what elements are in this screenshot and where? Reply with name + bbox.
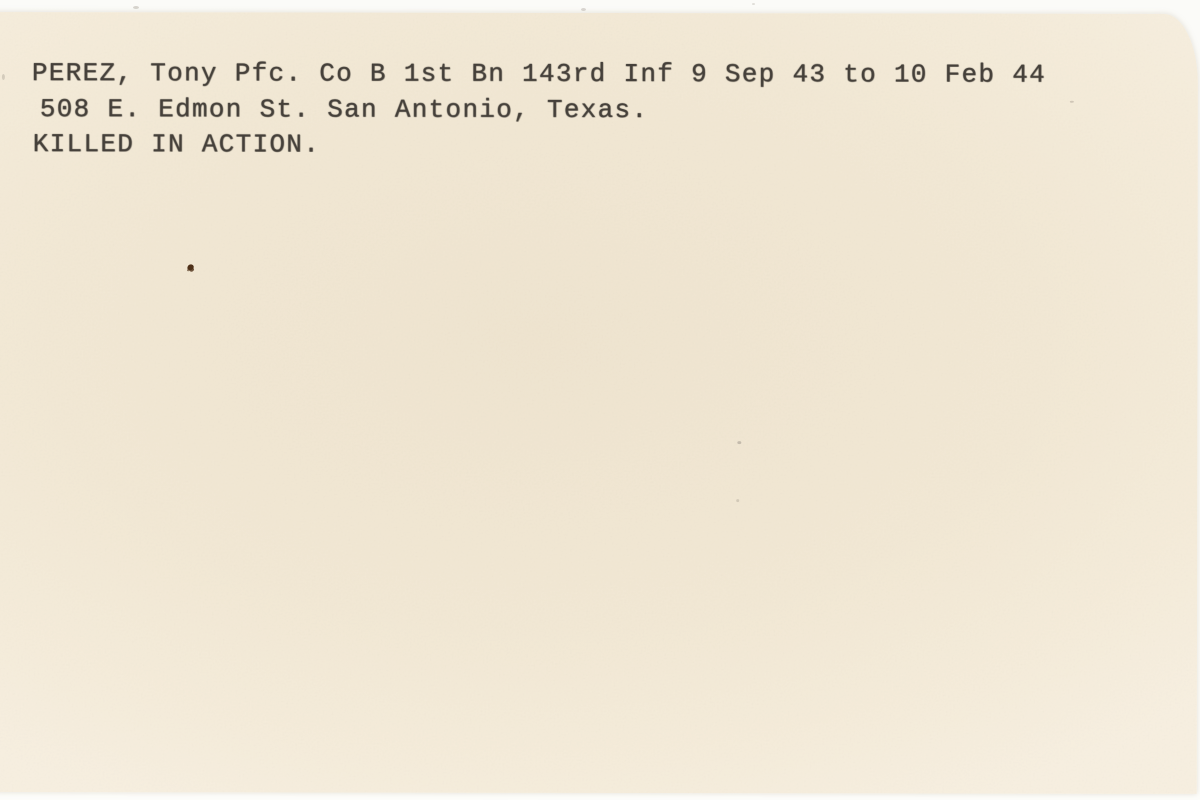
scan-speck (133, 6, 139, 9)
typed-line-address: 508 E. Edmon St. San Antonio, Texas. (40, 91, 649, 128)
scan-speck (581, 8, 586, 11)
dust-speck (736, 499, 739, 502)
typed-text-block: PEREZ, Tony Pfc. Co B 1st Bn 143rd Inf 9… (0, 12, 1198, 164)
scan-speck (752, 3, 755, 5)
typed-line-name-unit: PEREZ, Tony Pfc. Co B 1st Bn 143rd Inf 9… (32, 55, 1046, 93)
scan-background: PEREZ, Tony Pfc. Co B 1st Bn 143rd Inf 9… (0, 0, 1200, 800)
ink-speck (187, 264, 195, 272)
index-card: PEREZ, Tony Pfc. Co B 1st Bn 143rd Inf 9… (0, 12, 1198, 794)
typed-line-status: KILLED IN ACTION. (33, 126, 320, 162)
dust-speck (2, 74, 5, 80)
dust-speck (1070, 101, 1074, 103)
dust-speck (737, 441, 741, 444)
